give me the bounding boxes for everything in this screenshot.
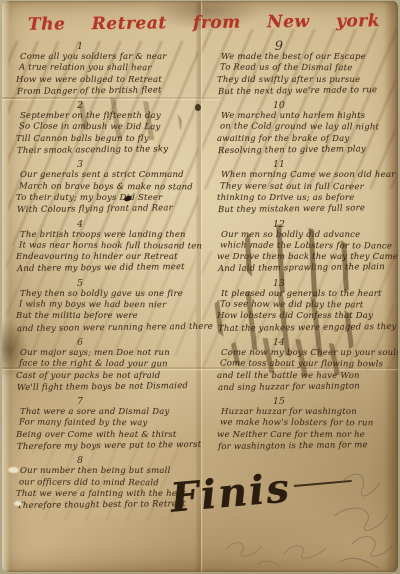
verse-line: Our major says; men Doe not run [20, 348, 199, 359]
verse-line: For many fainted by the way [19, 418, 199, 430]
stanza: 10We marched unto harlem hightson the Co… [217, 100, 394, 156]
verse-line: for washington is the man for me [218, 440, 394, 453]
verse-line: And there my boys we did them meet [17, 262, 199, 276]
verse-line: With Colours flying front and Rear [17, 203, 199, 217]
stanza-number: 3 [16, 159, 144, 170]
stanza: 11When morning Came we soon did hearThey… [217, 159, 394, 215]
stanza-number: 6 [16, 337, 144, 348]
stanza: 12Our men so boldly did advancewhich mad… [217, 219, 394, 275]
stanza-number: 9 [217, 41, 341, 52]
stanza-number: 2 [16, 100, 144, 111]
stanza: 6Our major says; men Doe not runface to … [16, 337, 199, 393]
paper-chip [8, 467, 19, 473]
verse-line: Our men so boldly did advance [221, 230, 394, 241]
verse-line: We'll fight them boys be not Dismaied [17, 381, 199, 395]
stanza: 15Huzzar huzzar for washingtonwe make ho… [217, 396, 394, 452]
paper-edge-highlight [2, 1, 10, 572]
verse-line: To see how we did play the part [220, 300, 394, 312]
verse-line: Resolving then to give them play [218, 144, 394, 157]
verse-line: They were sat out in full Career [220, 181, 394, 193]
verse-line: Our generals sent a strict Command [20, 170, 199, 181]
verse-line: and sing huzzar for washington [218, 381, 394, 394]
stanza-number: 10 [217, 100, 341, 111]
verse-line: Come now my boys Cheer up your souls [221, 348, 394, 359]
verse-line: on the Cold ground we lay all night [220, 122, 394, 134]
stanza: 14Come now my boys Cheer up your soulsCo… [217, 337, 394, 393]
ink-blot [195, 104, 201, 111]
verse-line: A true relation you shall hear [19, 63, 199, 75]
verse-line: And laid them sprawling on the plain [218, 262, 394, 275]
stanza-number: 5 [16, 278, 144, 289]
verse-line: Their smoak ascending to the sky [17, 144, 199, 158]
stanza-number: 4 [16, 219, 144, 230]
verse-line: But the militia before were [16, 311, 199, 322]
paper-chip [14, 501, 22, 506]
verse-line: To Read us of the Dismal fate [220, 63, 394, 75]
stanza: 4The british troops were landing thenIt … [16, 219, 199, 275]
verse-line: It was near horns hook full thousand ten [19, 240, 199, 252]
verse-line: They then so boldly gave us one fire [20, 289, 199, 300]
verse-line: Come toss about your flowing bowls [220, 359, 394, 371]
verse-line: But they mistaken were full sore [218, 203, 394, 216]
verse-line: which made the Lobsters for to Dance [220, 240, 394, 252]
stanza-number: 11 [217, 159, 341, 170]
verse-line: face to the right & load your gun [19, 359, 199, 371]
photo-mount: The Retreat from New york 1Come all you … [0, 0, 400, 574]
verse-line: We made the best of our Escape [221, 52, 394, 63]
verse-line: Cast of your packs be not afraid [16, 371, 199, 382]
stanza: 3Our generals sent a strict CommandMarch… [16, 159, 199, 215]
verse-line: Therefore my boys were put to the worst [17, 440, 199, 454]
finis-dash [294, 480, 352, 487]
verse-line: They did swiftly after us pursue [217, 75, 394, 86]
verse-line: That the yankees were engaged as they [218, 322, 394, 335]
finis-block: Finis [168, 457, 375, 564]
stanza: 7That were a sore and Dismal DayFor many… [16, 396, 199, 452]
page-title: The Retreat from New york [28, 11, 364, 35]
stanza: 1Come all you soldiers far & nearA true … [16, 41, 199, 97]
stanza-number: 14 [217, 337, 341, 348]
manuscript-page: The Retreat from New york 1Come all you … [2, 1, 398, 572]
verse-line: It pleased our generals to the heart [221, 289, 394, 300]
stanza-number: 15 [217, 396, 341, 407]
verse-line: and they soon were running here and ther… [17, 322, 199, 336]
stanza: 13It pleased our generals to the heartTo… [217, 278, 394, 334]
verse-line: The british troops were landing then [20, 230, 199, 241]
stanza-number: 7 [16, 396, 144, 407]
finis-label: Finis [168, 464, 292, 521]
verse-line: and tell the battle we have Won [217, 371, 394, 382]
stanza-number: 8 [16, 455, 144, 466]
verse-line: How we were obliged to Retreat [16, 75, 199, 86]
stanza-number: 12 [217, 219, 341, 230]
stanza-number: 13 [217, 278, 341, 289]
verse-line: From Danger of the british fleet [17, 85, 199, 99]
verse-line: How lobsters did Confess that Day [217, 311, 394, 322]
verse-line: I wish my boys we had been nier [19, 300, 199, 312]
verse-line: we make how's lobsters for to run [220, 418, 394, 430]
verse-line: When morning Came we soon did hear [221, 170, 394, 181]
verse-line: But the next day we're made to rue [218, 85, 394, 98]
stanza: 5They then so boldly gave us one fireI w… [16, 278, 199, 334]
verse-line: March on brave boys & make no stand [19, 181, 199, 193]
verse-line: So Close in ambush we Did Lay [19, 122, 199, 134]
stanza: 2September on the fifteenth daySo Close … [16, 100, 199, 156]
stanza: 9We made the best of our EscapeTo Read u… [217, 41, 394, 97]
stanza-number: 1 [16, 41, 144, 52]
verse-line: Come all you soldiers far & near [20, 52, 199, 63]
